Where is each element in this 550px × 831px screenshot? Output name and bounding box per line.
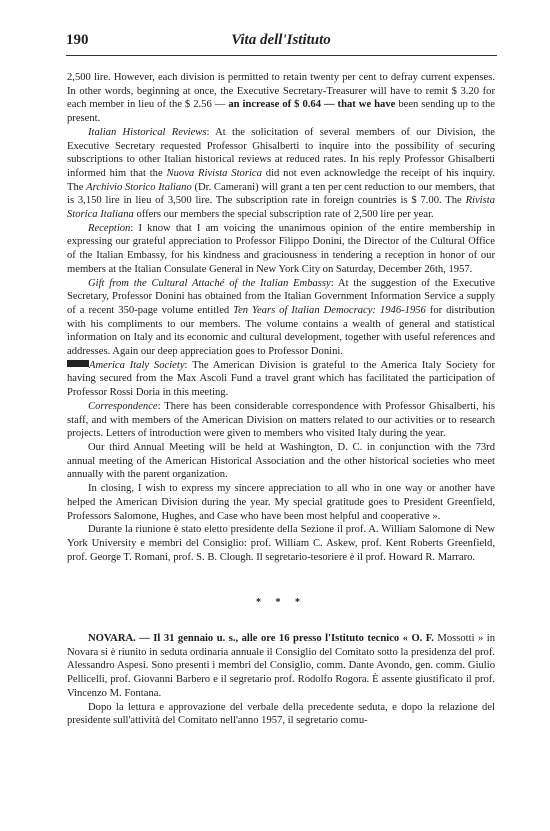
paragraph-dues: 2,500 lire. However, each division is pe… — [67, 71, 495, 126]
paragraph-closing: In closing, I wish to express my sincere… — [67, 482, 495, 523]
section-title: Reception — [88, 223, 130, 234]
paragraph-gift: Gift from the Cultural Attaché of the It… — [67, 277, 495, 359]
ink-blot-mark — [67, 360, 89, 367]
document-page: 190 Vita dell'Istituto 2,500 lire. Howev… — [0, 0, 550, 831]
section-separator: * * * — [67, 596, 495, 610]
section-title: Italian Historical Reviews — [88, 127, 207, 138]
page-header: 190 Vita dell'Istituto — [66, 30, 496, 54]
paragraph-correspondence: Correspondence: There has been considera… — [67, 400, 495, 441]
running-title: Vita dell'Istituto — [66, 32, 496, 49]
paragraph-novara-continued: Dopo la lettura e approvazione del verba… — [67, 701, 495, 728]
paragraph-reception: Reception: I know that I am voicing the … — [67, 222, 495, 277]
header-rule — [66, 55, 497, 56]
paragraph-novara: NOVARA. — Il 31 gennaio u. s., alle ore … — [67, 632, 495, 701]
paragraph-annual-meeting: Our third Annual Meeting will be held at… — [67, 441, 495, 482]
body-text: 2,500 lire. However, each division is pe… — [67, 71, 495, 728]
section-title: Gift from the Cultural Attaché of the It… — [88, 278, 331, 289]
paragraph-election: Durante la riunione è stato eletto presi… — [67, 523, 495, 564]
paragraph-italian-historical-reviews: Italian Historical Reviews: At the solic… — [67, 126, 495, 222]
section-title: America Italy Society — [89, 360, 185, 371]
section-title: Correspondence — [88, 401, 158, 412]
paragraph-america-italy-society: America Italy Society: The American Divi… — [67, 359, 495, 400]
section-title: NOVARA. — Il 31 gennaio u. s., alle ore … — [88, 633, 434, 644]
